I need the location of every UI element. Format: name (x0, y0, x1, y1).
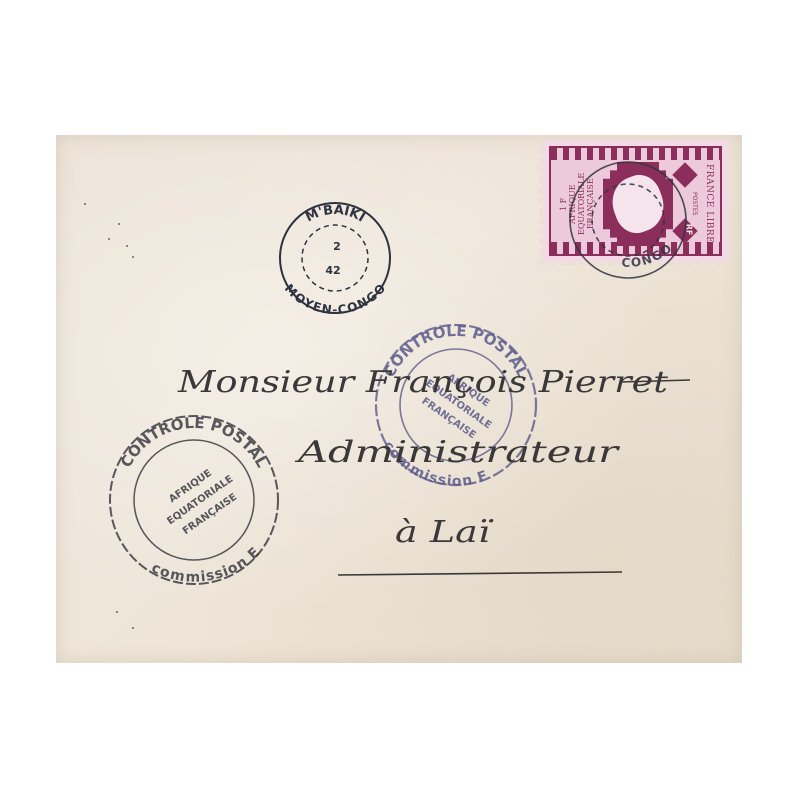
ink-speck (84, 203, 86, 205)
ink-speck (118, 223, 120, 225)
ink-speck (132, 256, 134, 258)
stamp-country-header: FRANCE LIBRE (700, 162, 714, 246)
lorraine-cross-icon (672, 162, 697, 187)
stamp-border-pattern (551, 148, 720, 160)
ink-speck (132, 627, 134, 629)
stamp-value-label: 1 F (559, 162, 568, 246)
stamp-postes-label: POSTES (691, 192, 698, 215)
ink-speck (116, 611, 118, 613)
postage-stamp: 1 F AFRIQUE EQUATORIALE FRANÇAISE POSTES… (543, 140, 728, 262)
stamp-territory-text: 1 F AFRIQUE EQUATORIALE FRANÇAISE (559, 162, 603, 246)
stamp-territory-line: FRANÇAISE (586, 162, 595, 246)
stamp-frame: 1 F AFRIQUE EQUATORIALE FRANÇAISE POSTES… (549, 146, 722, 256)
stamp-territory-line: AFRIQUE (568, 162, 577, 246)
stamp-rf-label: RF (685, 224, 694, 236)
ink-speck (108, 238, 110, 240)
stamp-territory-line: EQUATORIALE (577, 162, 586, 246)
ink-speck (126, 245, 128, 247)
